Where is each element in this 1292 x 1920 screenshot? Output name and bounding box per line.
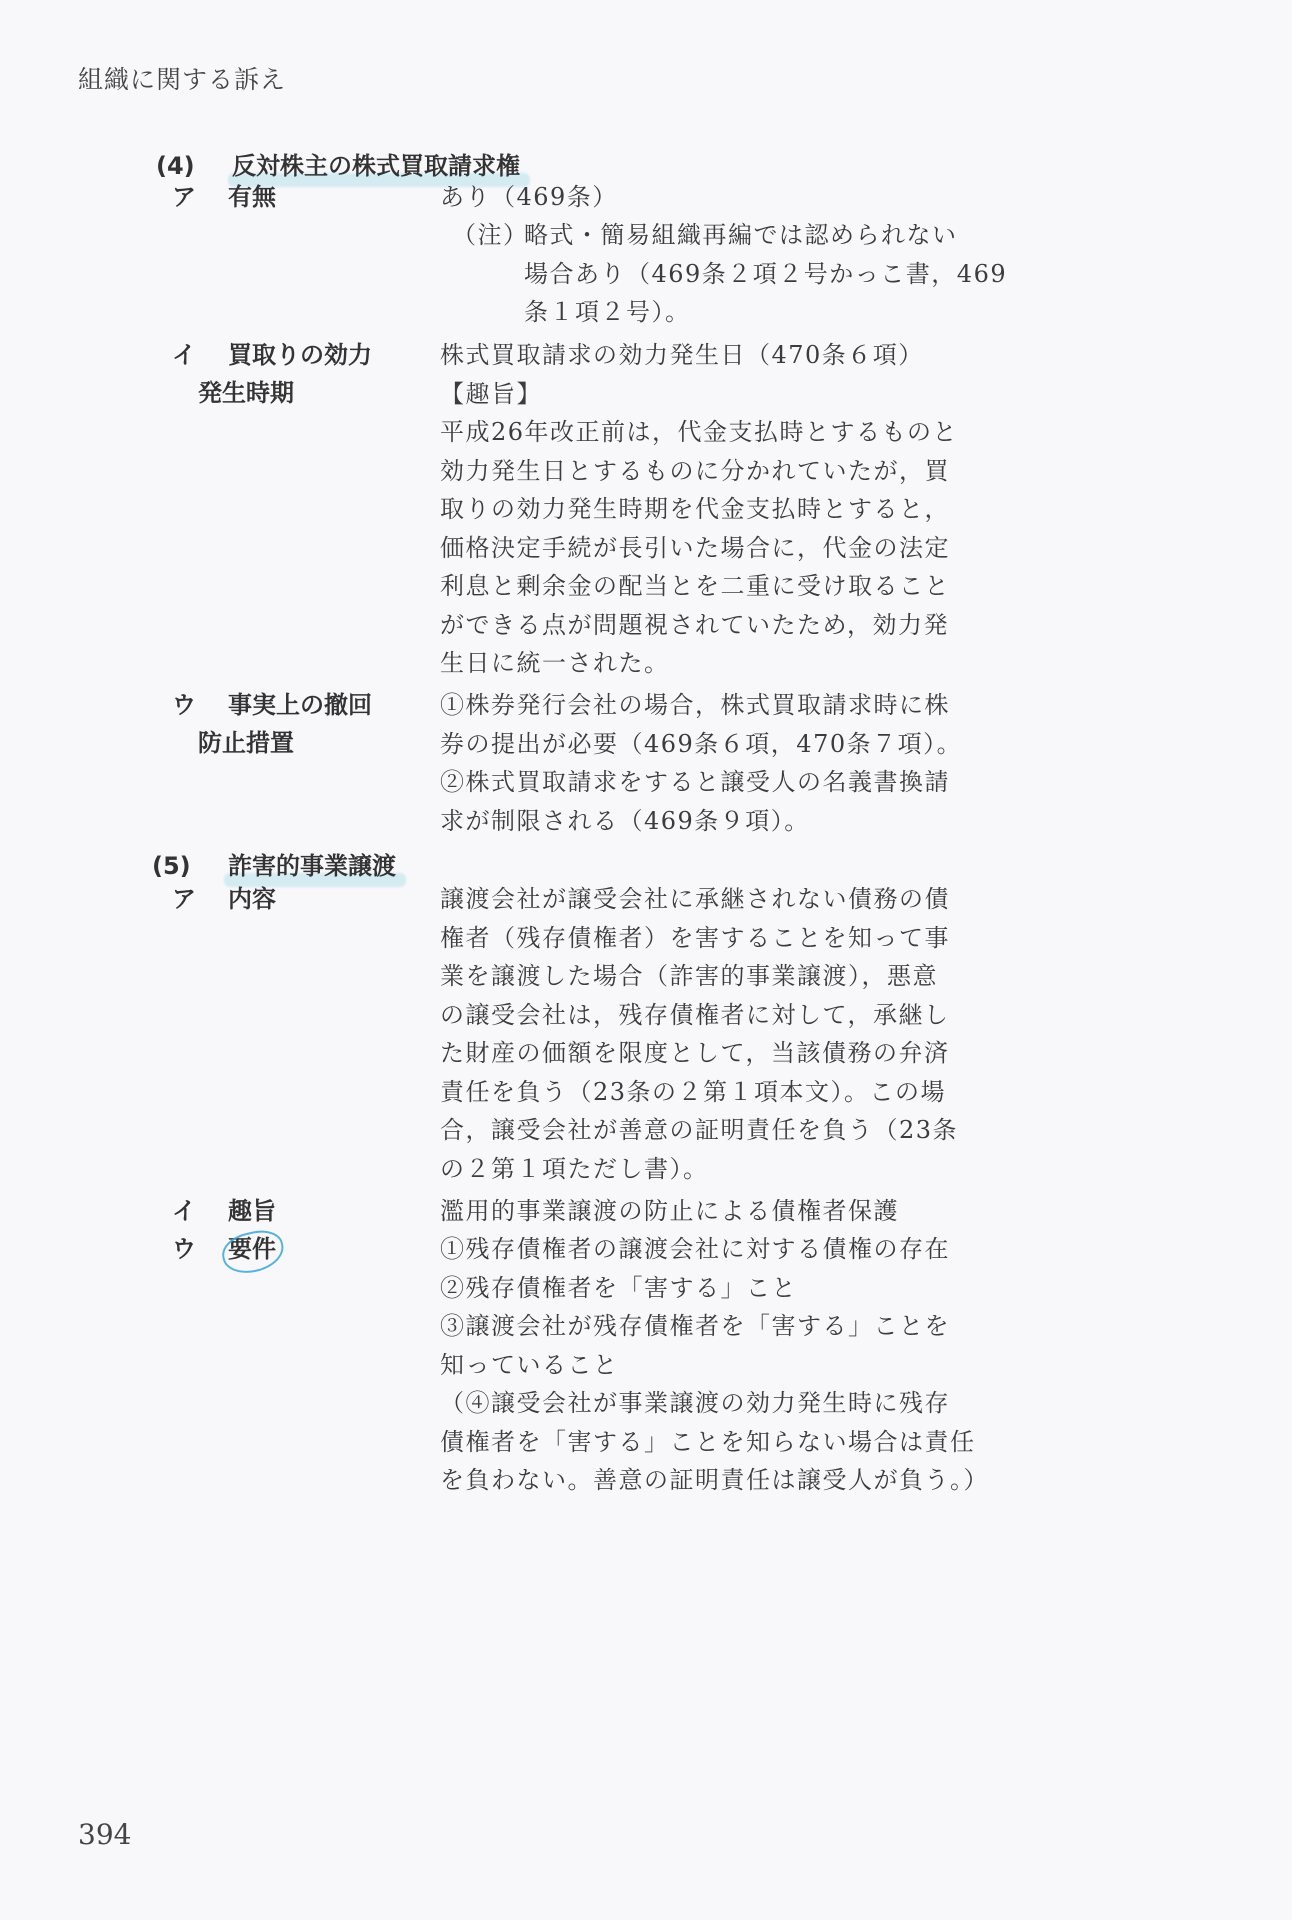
body-line: ②株式買取請求をすると譲受人の名義書換請 xyxy=(440,763,1000,802)
item-label-sub: 発生時期 xyxy=(172,374,372,412)
item-kana: イ xyxy=(172,336,228,374)
body-line: 効力発生日とするものに分かれていたが，買 xyxy=(440,452,1000,491)
page-number: 394 xyxy=(78,1818,131,1851)
body-line: を負わない。善意の証明責任は譲受人が負う。） xyxy=(440,1461,1000,1500)
item-label-requirements: ウ要件 xyxy=(172,1230,276,1268)
body-line: 濫用的事業譲渡の防止による債権者保護 xyxy=(440,1192,1000,1231)
item-label-text: 要件 xyxy=(228,1235,276,1263)
item-kana: ア xyxy=(172,880,228,918)
item-label-effective-time: イ買取りの効力 発生時期 xyxy=(172,336,372,412)
body-line: 券の提出が必要（469条６項，470条７項）。 xyxy=(440,725,1000,764)
body-line: 知っていること xyxy=(440,1346,1000,1385)
item-label-text: 趣旨 xyxy=(228,1197,276,1225)
section-heading-5: (5)詐害的事業譲渡 xyxy=(152,846,400,881)
item-label-text: 買取りの効力 xyxy=(228,341,372,369)
body-line: た財産の価額を限度として，当該債務の弁済 xyxy=(440,1034,1000,1073)
item-body-requirements: ①残存債権者の譲渡会社に対する債権の存在 ②残存債権者を「害する」こと ③譲渡会… xyxy=(440,1230,1000,1500)
section-number: (4) xyxy=(156,152,232,180)
item-label-sub: 防止措置 xyxy=(172,724,372,762)
item-body-arinashi: あり（469条） xyxy=(440,178,1000,217)
section-title: 詐害的事業譲渡 xyxy=(228,846,400,881)
item-kana: ウ xyxy=(172,1230,228,1268)
body-line: 求が制限される（469条９項）。 xyxy=(440,802,1000,841)
note-line: 略式・簡易組織再編では認められない xyxy=(524,216,1007,255)
note-line: 場合あり（469条２項２号かっこ書，469 xyxy=(524,255,1007,294)
section-number: (5) xyxy=(152,852,228,880)
body-line: 取りの効力発生時期を代金支払時とすると， xyxy=(440,490,1000,529)
item-body-purpose: 濫用的事業譲渡の防止による債権者保護 xyxy=(440,1192,1000,1231)
body-line: 合，譲受会社が善意の証明責任を負う（23条 xyxy=(440,1111,1000,1150)
body-line: 【趣旨】 xyxy=(440,375,1000,414)
body-line: 譲渡会社が譲受会社に承継されない債務の債 xyxy=(440,880,1000,919)
note-block: （注） 略式・簡易組織再編では認められない 場合あり（469条２項２号かっこ書，… xyxy=(452,216,1007,332)
body-line: 生日に統一された。 xyxy=(440,644,1000,683)
body-line: （④譲受会社が事業譲渡の効力発生時に残存 xyxy=(440,1384,1000,1423)
body-line: 利息と剰余金の配当とを二重に受け取ること xyxy=(440,567,1000,606)
section-title: 反対株主の株式買取請求権 xyxy=(232,146,524,181)
body-line: 株式買取請求の効力発生日（470条６項） xyxy=(440,336,1000,375)
handwritten-circle-annotation: 要件 xyxy=(228,1230,276,1268)
item-body-withdrawal-prevention: ①株券発行会社の場合，株式買取請求時に株 券の提出が必要（469条６項，470条… xyxy=(440,686,1000,840)
running-head: 組織に関する訴え xyxy=(78,60,286,96)
note-line: 条１項２号）。 xyxy=(524,293,1007,332)
note-marker: （注） xyxy=(452,216,529,255)
item-kana: イ xyxy=(172,1192,228,1230)
body-line: の譲受会社は，残存債権者に対して，承継し xyxy=(440,996,1000,1035)
item-kana: ウ xyxy=(172,686,228,724)
item-label-text: 事実上の撤回 xyxy=(228,691,372,719)
section-heading-4: (4)反対株主の株式買取請求権 xyxy=(156,146,524,181)
item-label-text: 有無 xyxy=(228,183,276,211)
item-label-purpose: イ趣旨 xyxy=(172,1192,276,1230)
item-label-withdrawal-prevention: ウ事実上の撤回 防止措置 xyxy=(172,686,372,762)
body-line: ③譲渡会社が残存債権者を「害する」ことを xyxy=(440,1307,1000,1346)
body-line: ができる点が問題視されていたため，効力発 xyxy=(440,606,1000,645)
item-label-content: ア内容 xyxy=(172,880,276,918)
body-line: ①株券発行会社の場合，株式買取請求時に株 xyxy=(440,686,1000,725)
item-label-text: 内容 xyxy=(228,885,276,913)
body-line: の２第１項ただし書）。 xyxy=(440,1150,1000,1189)
body-line: ①残存債権者の譲渡会社に対する債権の存在 xyxy=(440,1230,1000,1269)
item-label-arinashi: ア有無 xyxy=(172,178,276,216)
body-line: 平成26年改正前は，代金支払時とするものと xyxy=(440,413,1000,452)
body-line: 価格決定手続が長引いた場合に，代金の法定 xyxy=(440,529,1000,568)
body-line: ②残存債権者を「害する」こと xyxy=(440,1269,1000,1308)
body-line: 権者（残存債権者）を害することを知って事 xyxy=(440,919,1000,958)
item-kana: ア xyxy=(172,178,228,216)
body-line: 債権者を「害する」ことを知らない場合は責任 xyxy=(440,1423,1000,1462)
body-line: 業を譲渡した場合（詐害的事業譲渡），悪意 xyxy=(440,957,1000,996)
item-body-effective-time: 株式買取請求の効力発生日（470条６項） 【趣旨】 平成26年改正前は，代金支払… xyxy=(440,336,1000,683)
body-line: 責任を負う（23条の２第１項本文）。この場 xyxy=(440,1073,1000,1112)
item-body-content: 譲渡会社が譲受会社に承継されない債務の債 権者（残存債権者）を害することを知って… xyxy=(440,880,1000,1188)
body-line: あり（469条） xyxy=(440,178,1000,217)
